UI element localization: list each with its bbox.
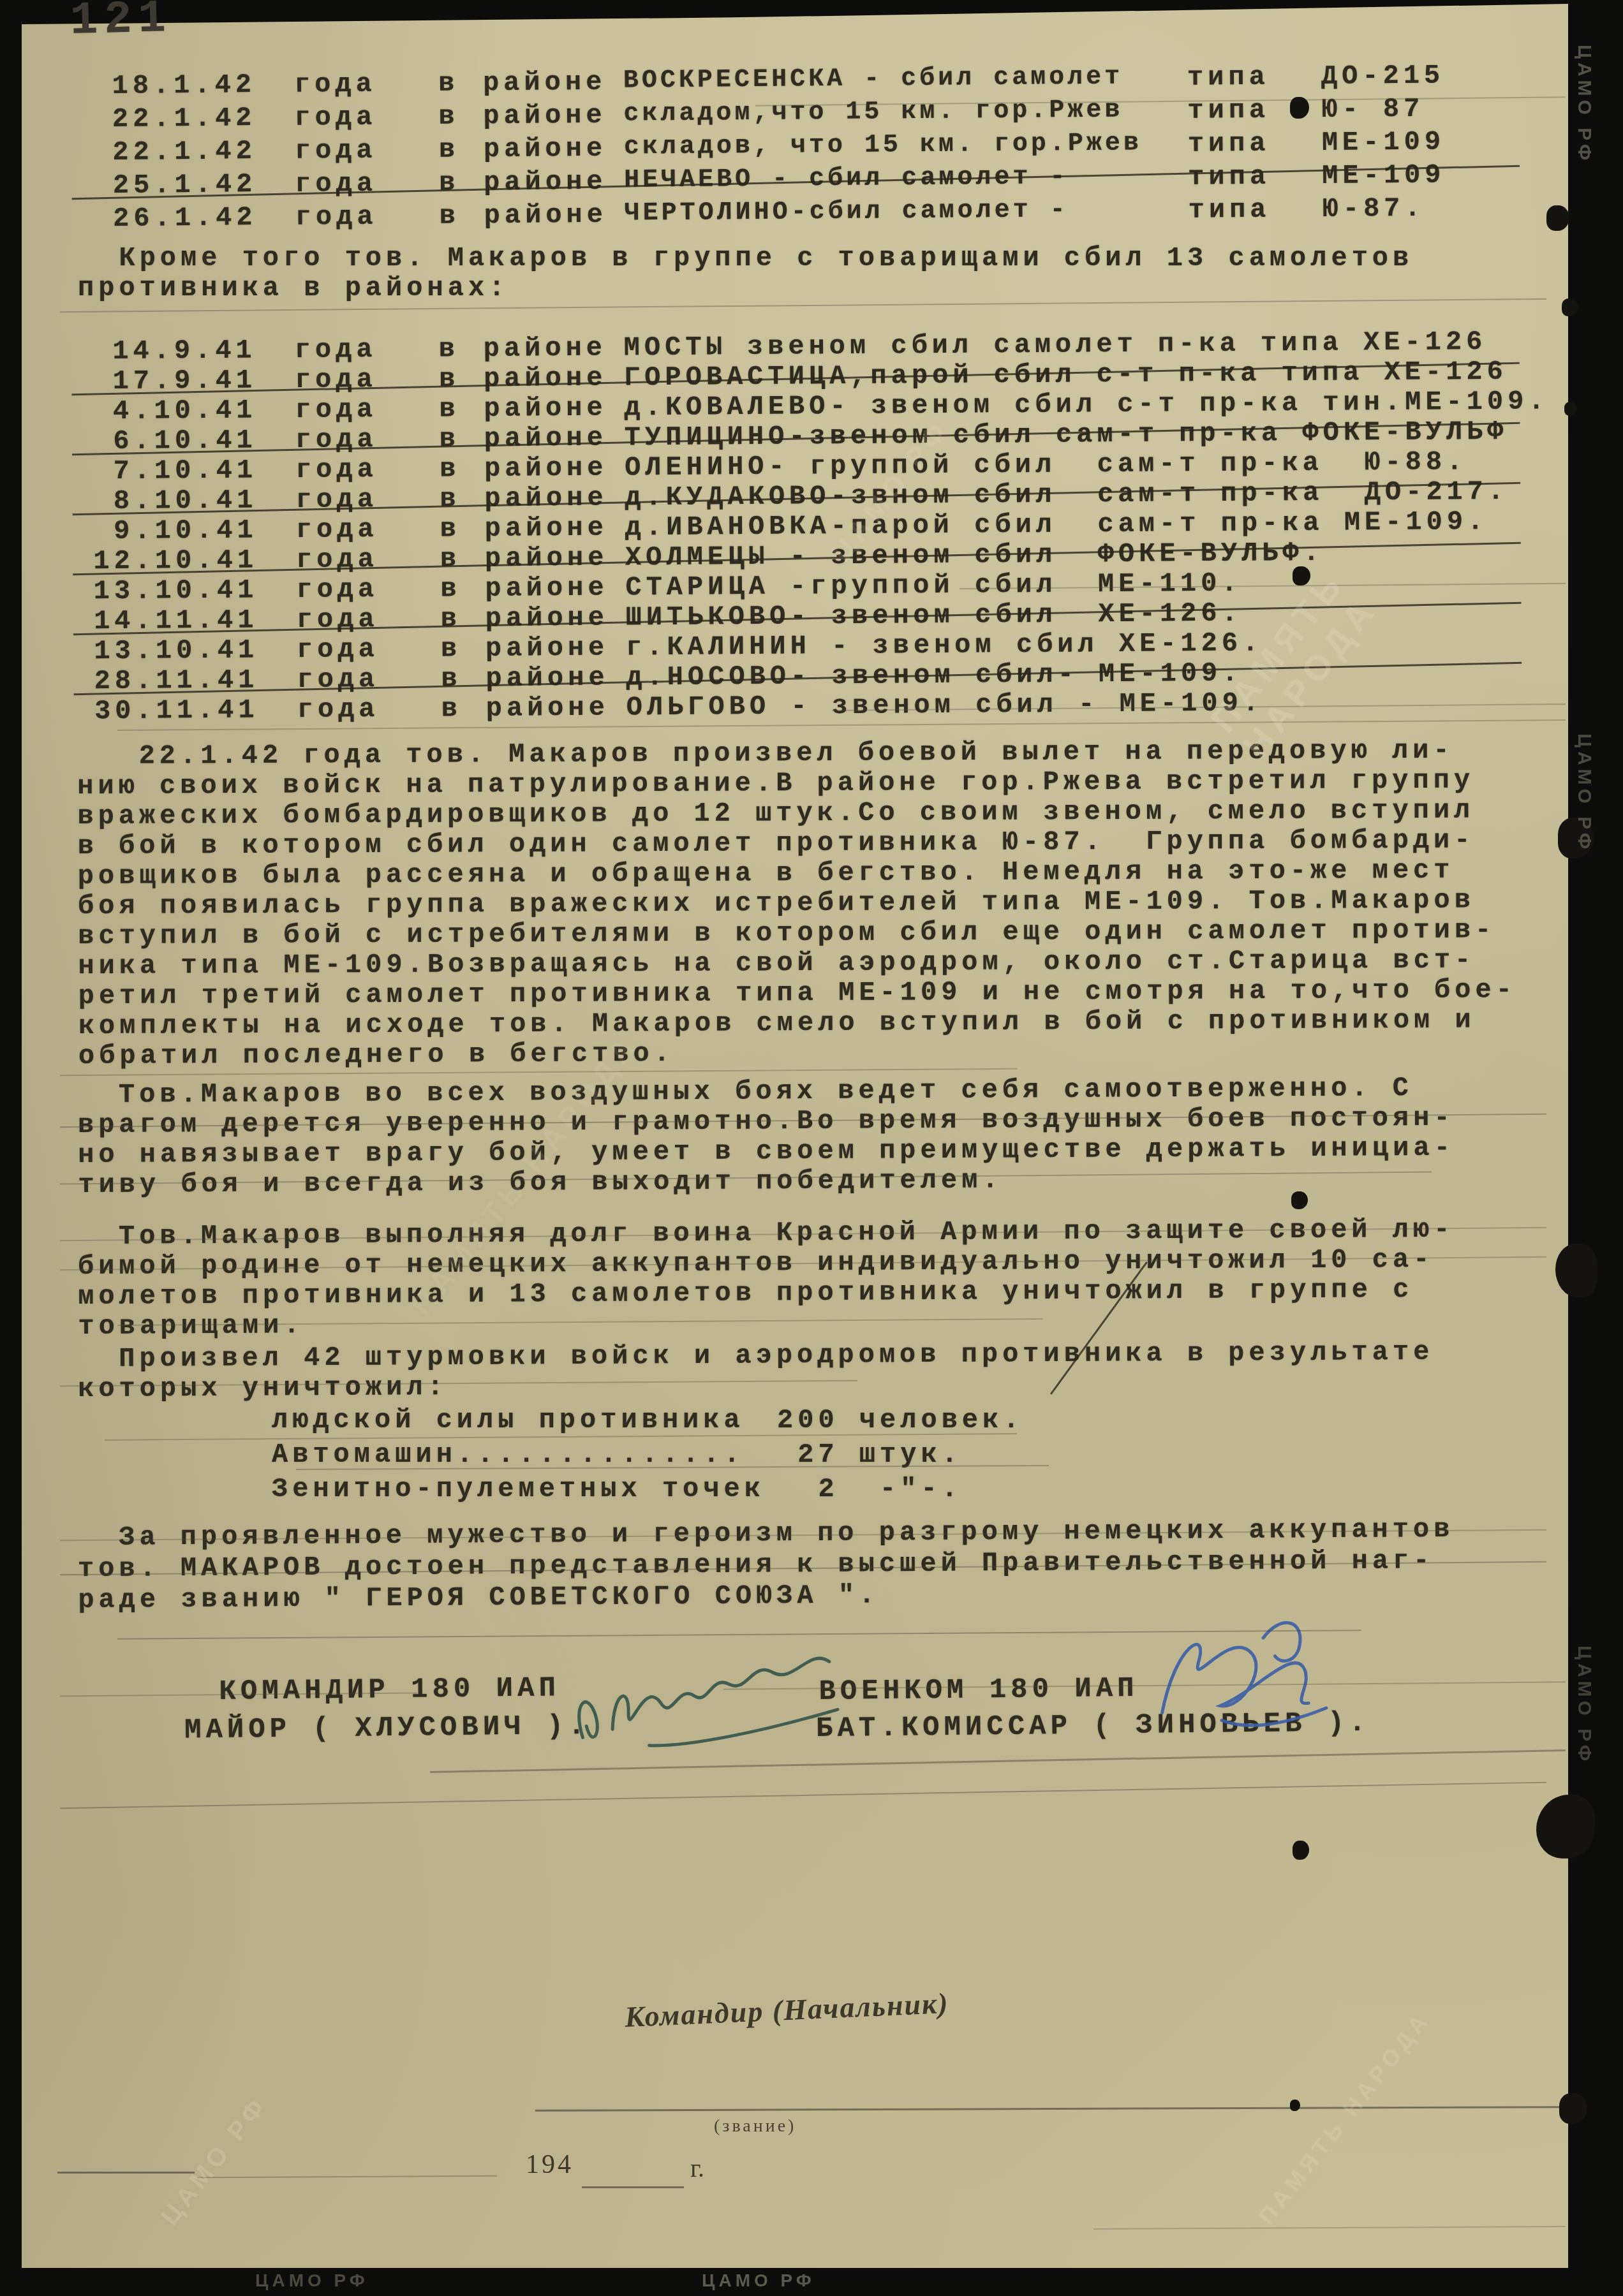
kill-date: 13.10.41 — [69, 575, 258, 607]
ink-blot — [1536, 1795, 1595, 1858]
scan-edge-shadow — [22, 0, 1568, 24]
award-recommendation-paragraph: За проявленное мужество и героизм по раз… — [78, 1513, 1546, 1616]
archive-watermark: ЦАМО РФ — [255, 2270, 369, 2291]
ink-blot — [1559, 2093, 1587, 2124]
kill-date: 14.9.41 — [68, 335, 256, 367]
ruling-line — [57, 2172, 195, 2174]
archive-watermark: ПАМЯТЬ НАРОДА — [1253, 2006, 1435, 2230]
archive-watermark: ЦАМО РФ — [156, 2091, 274, 2231]
ink-blot — [1546, 205, 1569, 231]
archive-watermark: ЦАМО РФ — [1573, 733, 1595, 853]
footer-year-suffix: г. — [690, 2153, 704, 2183]
assault-missions-paragraph: Произвел 42 штурмовки войск и аэродромов… — [78, 1337, 1545, 1404]
kill-location: складом,что 15 км. гор.Ржев — [623, 96, 1123, 128]
ink-blot — [1555, 1244, 1597, 1297]
kill-date: 13.10.41 — [70, 635, 258, 666]
ink-blot — [1290, 2100, 1300, 2111]
kill-location: складов, что 15 км. гор.Ржев — [624, 129, 1142, 161]
kill-date: 30.11.41 — [70, 695, 259, 726]
kill-date: 7.10.41 — [68, 455, 257, 487]
group-kills-intro: Кроме того тов. Макаров в группе с товар… — [78, 244, 1545, 304]
aircraft-type: Ю-87. — [1322, 193, 1425, 224]
footer-commander-label: Командир (Начальник) — [624, 1986, 949, 2034]
kill-location: ЧЕРТОЛИНО-сбил самолет - — [624, 196, 1068, 228]
destroyed-value: 2 -"-. — [777, 1474, 962, 1505]
kill-detail: ОЛЬГОВО - звеном сбил - МЕ-109. — [626, 688, 1264, 723]
ink-blot — [1293, 1841, 1309, 1860]
kill-date: 26.1.42 — [68, 202, 257, 234]
document-paper: 121 18.1.42 года в районе ВОСКРЕСЕНСКА -… — [22, 0, 1568, 2268]
combat-flight-paragraph: 22.1.42 года тов. Макаров произвел боево… — [77, 735, 1546, 1071]
ruling-line — [1093, 2226, 1566, 2230]
kill-location: НЕЧАЕВО - сбил самолет - — [624, 163, 1068, 195]
kill-date: 18.1.42 — [67, 70, 256, 101]
destroyed-label: Зенитно-пулеметных точек — [272, 1474, 765, 1505]
kill-detail: СТАРИЦА -группой сбил МЕ-110. — [625, 568, 1241, 603]
footer-year: 194 — [526, 2149, 574, 2180]
scanned-document: 121 18.1.42 года в районе ВОСКРЕСЕНСКА -… — [0, 0, 1623, 2296]
aircraft-type: МЕ-109 — [1322, 126, 1446, 158]
commissar-title: ВОЕНКОМ 180 ИАП — [819, 1674, 1139, 1707]
list-item: людской силы противника 200 человек. — [43, 1405, 1590, 1434]
ruling-line — [197, 2175, 497, 2178]
commander-name: МАЙОР ( ХЛУСОВИЧ ). — [184, 1712, 589, 1746]
kill-date: 22.1.42 — [68, 136, 256, 168]
kill-detail: г.КАЛИНИН - звеном сбил ХЕ-126. — [626, 628, 1263, 663]
footer-rank-label: (звание) — [714, 2116, 796, 2137]
archive-watermark: ЦАМО РФ — [1573, 45, 1595, 164]
list-item: Автомашин.............. 27 штук. — [43, 1439, 1590, 1469]
aircraft-type: ДО-215 — [1321, 60, 1445, 92]
page-number: 121 — [70, 4, 172, 36]
kill-date: 22.1.42 — [67, 103, 256, 135]
list-item: Зенитно-пулеметных точек 2 -"-. — [43, 1474, 1590, 1503]
archive-watermark: ЦАМО РФ — [702, 2270, 815, 2291]
ruling-line — [60, 1782, 1546, 1809]
ink-blot — [1562, 298, 1578, 316]
ink-blot — [1291, 1191, 1308, 1209]
kill-date: 4.10.41 — [68, 395, 256, 427]
destroyed-value: 200 человек. — [777, 1405, 1023, 1436]
archive-watermark: ЦАМО РФ — [1573, 1645, 1595, 1765]
zinoviev-signature — [1136, 1605, 1338, 1746]
date-underline — [582, 2186, 684, 2188]
signature-line — [535, 2106, 1566, 2112]
khlusovich-signature — [561, 1626, 853, 1767]
destroyed-label: Автомашин.............. — [272, 1439, 745, 1470]
kill-date: 9.10.41 — [69, 515, 258, 547]
aircraft-type: МЕ-109 — [1322, 159, 1446, 191]
destroyed-label: людской силы противника — [272, 1405, 745, 1436]
kill-location: ВОСКРЕСЕНСКА - сбил самолет — [623, 63, 1123, 95]
commander-title: КОМАНДИР 180 ИАП — [219, 1674, 560, 1707]
